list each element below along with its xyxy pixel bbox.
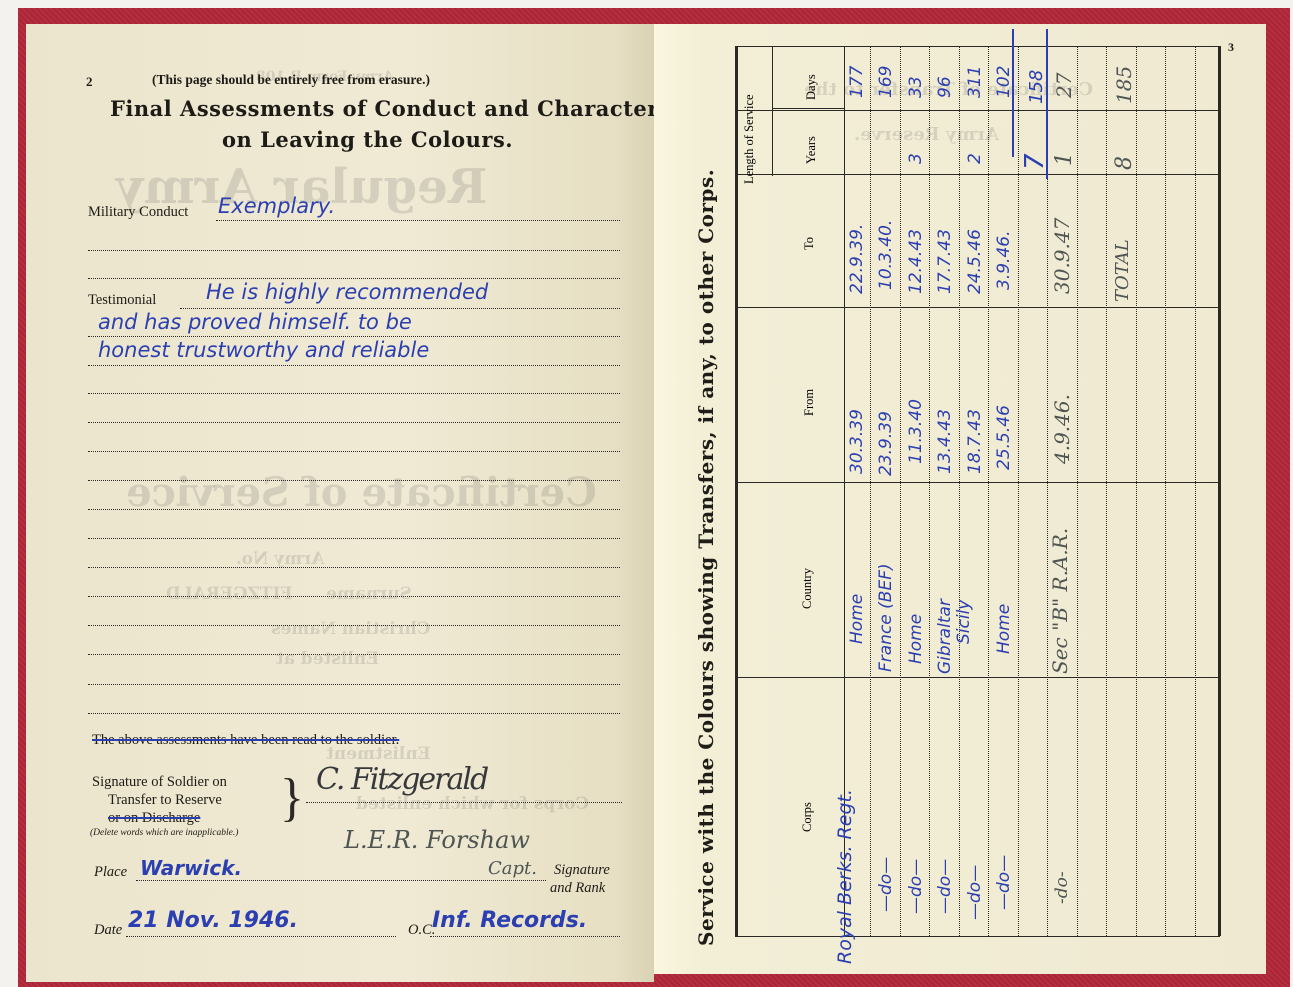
row-divider — [870, 46, 871, 936]
table-border-left — [735, 46, 738, 936]
cell-days[interactable]: 27 — [1052, 73, 1076, 98]
ruled-line — [88, 278, 620, 279]
date-line — [126, 936, 396, 937]
col-divider-from-country — [735, 482, 1220, 483]
header-from: From — [802, 389, 817, 416]
cell-to[interactable]: 3.9.46. — [994, 231, 1014, 290]
cell-years[interactable]: 2 — [965, 153, 985, 164]
page-title-line1: Final Assessments of Conduct and Charact… — [110, 96, 659, 121]
total-days[interactable]: 185 — [1112, 66, 1136, 104]
cell-to[interactable]: 24.5.46 — [965, 229, 985, 294]
cell-corps[interactable]: -do- — [1052, 871, 1072, 904]
col-divider-country-corps — [735, 677, 1220, 678]
cell-days[interactable]: 102 — [994, 66, 1014, 98]
brace-icon: } — [280, 767, 304, 828]
cell-days[interactable]: 311 — [965, 66, 985, 98]
row-divider — [988, 46, 989, 936]
bleed-surname-value: FITZGERALD — [166, 584, 293, 604]
signature-line — [306, 802, 622, 803]
cell-from[interactable]: 25.5.46 — [994, 405, 1014, 470]
subtotal-days[interactable]: 158 — [1026, 70, 1047, 104]
military-conduct-label: Military Conduct — [88, 204, 188, 221]
cell-to[interactable]: 30.9.47 — [1050, 218, 1074, 294]
military-conduct-value[interactable]: Exemplary. — [218, 194, 335, 218]
header-country: Country — [800, 568, 815, 609]
place-value[interactable]: Warwick. — [140, 856, 242, 880]
bleed-army-no: Army No. — [236, 549, 324, 569]
ruled-line — [88, 393, 620, 394]
bleed-surname-label: Surname — [326, 584, 412, 604]
row-divider — [1195, 46, 1196, 936]
page-number: 3 — [1228, 40, 1234, 55]
ruled-line — [88, 596, 620, 597]
signature-rank-label-1: Signature — [554, 862, 610, 879]
row-divider — [959, 46, 960, 936]
header-corps: Corps — [800, 802, 815, 832]
row-divider — [1018, 46, 1019, 936]
ruled-line — [88, 625, 620, 626]
cell-to[interactable]: 12.4.43 — [906, 229, 926, 294]
ruled-line — [88, 451, 620, 452]
length-service-split — [772, 46, 773, 176]
ruled-line — [180, 308, 620, 309]
oc-line — [430, 936, 620, 937]
subtotal-bracket — [1012, 29, 1014, 157]
cell-from[interactable]: 4.9.46. — [1050, 394, 1074, 464]
cell-corps[interactable]: —do— — [994, 855, 1014, 910]
ruled-line — [88, 422, 620, 423]
table-title: Service with the Colours showing Transfe… — [694, 169, 718, 946]
page-number: 2 — [86, 74, 93, 90]
cell-from[interactable]: 30.3.39 — [847, 409, 867, 474]
oc-value[interactable]: Inf. Records. — [432, 908, 587, 933]
row-divider — [1136, 46, 1137, 936]
ruled-line — [88, 684, 620, 685]
header-to: To — [802, 237, 817, 250]
cell-to[interactable]: 22.9.39. — [847, 224, 867, 294]
bleed-text: Army Reserve. — [854, 124, 999, 145]
page-title-line2: on Leaving the Colours. — [222, 127, 513, 152]
cell-days[interactable]: 177 — [847, 66, 867, 98]
bleed-christian-names: Christian Names — [271, 619, 430, 639]
cell-to[interactable]: 10.3.40. — [876, 220, 896, 290]
cell-days[interactable]: 33 — [906, 76, 926, 98]
col-divider-years-to — [735, 174, 1220, 175]
cell-country[interactable]: Home — [994, 604, 1014, 654]
signature-rank-label-2: and Rank — [550, 880, 605, 897]
delete-words-note: (Delete words which are inapplicable.) — [90, 828, 238, 838]
years-days-split-header — [772, 108, 844, 109]
ruled-line — [88, 336, 620, 337]
cell-corps[interactable]: —do— — [906, 859, 926, 914]
date-label: Date — [94, 922, 122, 939]
cell-country[interactable]: Gibraltar — [935, 599, 955, 674]
place-line — [136, 880, 546, 881]
row-divider — [1047, 46, 1048, 936]
row-divider — [1077, 46, 1078, 936]
table-top — [735, 46, 1220, 47]
subtotal-bracket — [1046, 29, 1048, 179]
cell-years[interactable]: 1 — [1052, 152, 1077, 166]
table-border-right — [1218, 46, 1221, 936]
cell-days[interactable]: 169 — [876, 66, 896, 98]
officer-rank: Capt. — [488, 858, 537, 879]
cell-to[interactable]: 17.7.43 — [935, 229, 955, 294]
cell-corps[interactable]: —do— — [965, 865, 985, 920]
row-divider — [1106, 46, 1107, 936]
cell-country[interactable]: France (BEF) — [876, 563, 896, 672]
ruled-line — [88, 365, 620, 366]
cell-corps[interactable]: —do— — [935, 859, 955, 914]
col-divider-days-years — [735, 110, 1220, 111]
right-page: Certificate of Transfer to the Army Rese… — [654, 24, 1266, 974]
header-days: Days — [804, 74, 819, 100]
signature-label-line1: Signature of Soldier on — [92, 774, 227, 791]
place-label: Place — [94, 864, 127, 881]
ruled-line — [88, 480, 620, 481]
row-divider — [900, 46, 901, 936]
read-statement: The above assessments have been read to … — [92, 732, 399, 749]
officer-signature: L.E.R. Forshaw — [344, 826, 530, 854]
cell-days[interactable]: 96 — [935, 76, 955, 98]
cell-corps[interactable]: Royal Berks. Regt. — [834, 789, 856, 964]
col-divider-to-from — [735, 307, 1220, 308]
ruled-line — [88, 654, 620, 655]
ruled-line — [88, 538, 620, 539]
ruled-line — [88, 250, 620, 251]
soldier-signature[interactable]: C. Fitzgerald — [316, 762, 487, 797]
row-divider — [1165, 46, 1166, 936]
signature-label-line2: Transfer to Reserve — [108, 792, 222, 809]
cell-corps[interactable]: —do— — [876, 857, 896, 912]
cell-country[interactable]: Home — [847, 594, 867, 644]
row-divider — [929, 46, 930, 936]
cell-years[interactable]: 3 — [906, 153, 926, 164]
cell-country[interactable]: Sec "B" R.A.R. — [1048, 528, 1072, 674]
signature-label-line3: or on Discharge — [108, 810, 200, 827]
total-label: TOTAL — [1112, 239, 1133, 302]
testimonial-line-2[interactable]: and has proved himself. to be — [98, 310, 412, 334]
left-page: Army Form B.108 Regular Army Certificate… — [26, 24, 654, 982]
testimonial-label: Testimonial — [88, 292, 156, 309]
testimonial-line-3[interactable]: honest trustworthy and reliable — [98, 338, 429, 362]
ruled-line — [88, 713, 620, 714]
bleed-corps: Corps for which enlisted — [356, 794, 589, 814]
date-value[interactable]: 21 Nov. 1946. — [128, 908, 298, 933]
cell-country[interactable]: Sicily — [954, 600, 974, 644]
cell-from[interactable]: 11.3.40 — [906, 399, 926, 464]
cell-from[interactable]: 23.9.39 — [876, 411, 896, 476]
header-years: Years — [804, 136, 819, 164]
total-years[interactable]: 8 — [1112, 156, 1137, 170]
ruled-line — [88, 567, 620, 568]
conduct-line — [216, 220, 620, 221]
cell-from[interactable]: 18.7.43 — [965, 409, 985, 474]
ruled-line — [88, 509, 620, 510]
erasure-notice: (This page should be entirely free from … — [152, 72, 430, 88]
cell-country[interactable]: Home — [906, 614, 926, 664]
header-length-of-service: Length of Service — [742, 94, 757, 184]
cell-from[interactable]: 13.4.43 — [935, 409, 955, 474]
bleed-enlisted: Enlisted at — [276, 649, 379, 669]
testimonial-line-1[interactable]: He is highly recommended — [206, 280, 488, 304]
table-bottom — [735, 936, 1220, 937]
